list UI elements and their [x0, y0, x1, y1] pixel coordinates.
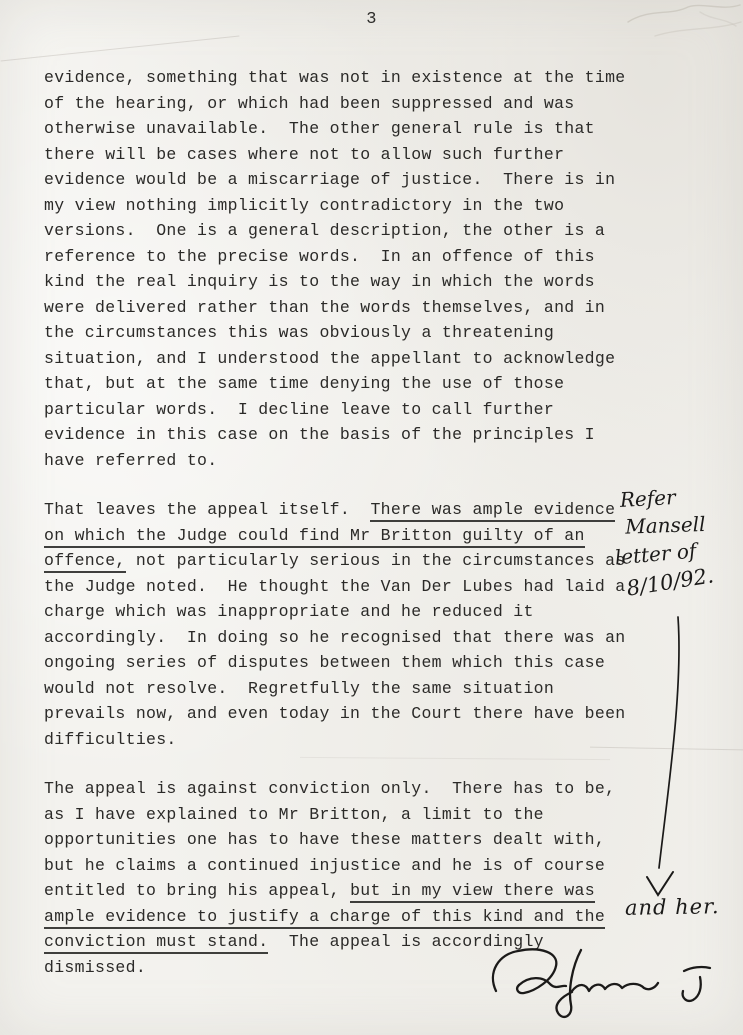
text-line: charge which was inappropriate and he re… — [44, 599, 684, 625]
text-segment: of the hearing, or which had been suppre… — [44, 94, 574, 113]
text-segment: evidence would be a miscarriage of justi… — [44, 170, 615, 189]
text-line: evidence would be a miscarriage of justi… — [44, 167, 684, 193]
text-segment: ongoing series of disputes between them … — [44, 653, 605, 672]
text-segment: otherwise unavailable. The other general… — [44, 119, 595, 138]
page-number: 3 — [0, 10, 743, 29]
text-line: offence, not particularly serious in the… — [44, 548, 684, 574]
text-segment: that, but at the same time denying the u… — [44, 374, 564, 393]
text-line: difficulties. — [44, 727, 684, 753]
text-segment: not particularly serious in the circumst… — [126, 551, 626, 570]
underlined-text: but in my view there was — [350, 881, 595, 903]
text-line: reference to the precise words. In an of… — [44, 244, 684, 270]
text-line: evidence in this case on the basis of th… — [44, 422, 684, 448]
text-line: prevails now, and even today in the Cour… — [44, 701, 684, 727]
text-line: particular words. I decline leave to cal… — [44, 397, 684, 423]
text-segment: my view nothing implicitly contradictory… — [44, 196, 564, 215]
underlined-text: on which the Judge could find Mr Britton… — [44, 526, 585, 548]
text-segment: would not resolve. Regretfully the same … — [44, 679, 554, 698]
text-line: that, but at the same time denying the u… — [44, 371, 684, 397]
text-line: otherwise unavailable. The other general… — [44, 116, 684, 142]
text-segment: kind the real inquiry is to the way in w… — [44, 272, 595, 291]
text-line: the Judge noted. He thought the Van Der … — [44, 574, 684, 600]
text-segment: evidence in this case on the basis of th… — [44, 425, 595, 444]
text-segment: as I have explained to Mr Britton, a lim… — [44, 805, 544, 824]
text-line: situation, and I understood the appellan… — [44, 346, 684, 372]
text-line: The appeal is against conviction only. T… — [44, 776, 684, 802]
text-segment: versions. One is a general description, … — [44, 221, 605, 240]
text-line: of the hearing, or which had been suppre… — [44, 91, 684, 117]
document-body: evidence, something that was not in exis… — [44, 65, 684, 1004]
text-line: would not resolve. Regretfully the same … — [44, 676, 684, 702]
text-segment: difficulties. — [44, 730, 177, 749]
text-line: my view nothing implicitly contradictory… — [44, 193, 684, 219]
text-line: the circumstances this was obviously a t… — [44, 320, 684, 346]
paragraph: evidence, something that was not in exis… — [44, 65, 684, 473]
text-segment: entitled to bring his appeal, — [44, 881, 350, 900]
insertion-note: and her. — [625, 894, 720, 920]
text-line: ongoing series of disputes between them … — [44, 650, 684, 676]
text-line: versions. One is a general description, … — [44, 218, 684, 244]
text-segment: evidence, something that was not in exis… — [44, 68, 626, 87]
text-segment: That leaves the appeal itself. — [44, 500, 370, 519]
underlined-text: offence, — [44, 551, 126, 573]
text-segment: were delivered rather than the words the… — [44, 298, 605, 317]
text-segment: charge which was inappropriate and he re… — [44, 602, 534, 621]
text-line: were delivered rather than the words the… — [44, 295, 684, 321]
text-segment: situation, and I understood the appellan… — [44, 349, 615, 368]
text-line: there will be cases where not to allow s… — [44, 142, 684, 168]
underlined-text: conviction must stand. — [44, 932, 268, 954]
text-segment: reference to the precise words. In an of… — [44, 247, 595, 266]
text-line: conviction must stand. The appeal is acc… — [44, 929, 684, 955]
text-line: accordingly. In doing so he recognised t… — [44, 625, 684, 651]
text-segment: the Judge noted. He thought the Van Der … — [44, 577, 626, 596]
margin-note: Refer Mansell letter of 8/10/92. — [609, 481, 743, 598]
text-line: dismissed. — [44, 955, 684, 981]
text-line: have referred to. — [44, 448, 684, 474]
text-line: opportunities one has to have these matt… — [44, 827, 684, 853]
scanned-page: 3 evidence, something that was not in ex… — [0, 0, 743, 1035]
text-segment: The appeal is against conviction only. T… — [44, 779, 615, 798]
text-segment: particular words. I decline leave to cal… — [44, 400, 554, 419]
text-line: as I have explained to Mr Britton, a lim… — [44, 802, 684, 828]
underlined-text: There was ample evidence — [370, 500, 615, 522]
text-line: on which the Judge could find Mr Britton… — [44, 523, 684, 549]
text-segment: the circumstances this was obviously a t… — [44, 323, 554, 342]
text-segment: opportunities one has to have these matt… — [44, 830, 605, 849]
text-segment: prevails now, and even today in the Cour… — [44, 704, 626, 723]
text-line: evidence, something that was not in exis… — [44, 65, 684, 91]
text-line: but he claims a continued injustice and … — [44, 853, 684, 879]
text-line: ample evidence to justify a charge of th… — [44, 904, 684, 930]
paragraph: The appeal is against conviction only. T… — [44, 776, 684, 980]
text-segment: The appeal is accordingly — [268, 932, 543, 951]
paper-crease — [1, 35, 240, 61]
text-line: kind the real inquiry is to the way in w… — [44, 269, 684, 295]
text-line: entitled to bring his appeal, but in my … — [44, 878, 684, 904]
text-segment: accordingly. In doing so he recognised t… — [44, 628, 626, 647]
text-line: That leaves the appeal itself. There was… — [44, 497, 684, 523]
underlined-text: ample evidence to justify a charge of th… — [44, 907, 605, 929]
text-segment: but he claims a continued injustice and … — [44, 856, 605, 875]
text-segment: dismissed. — [44, 958, 146, 977]
text-segment: there will be cases where not to allow s… — [44, 145, 564, 164]
paragraph: That leaves the appeal itself. There was… — [44, 497, 684, 752]
text-segment: have referred to. — [44, 451, 217, 470]
